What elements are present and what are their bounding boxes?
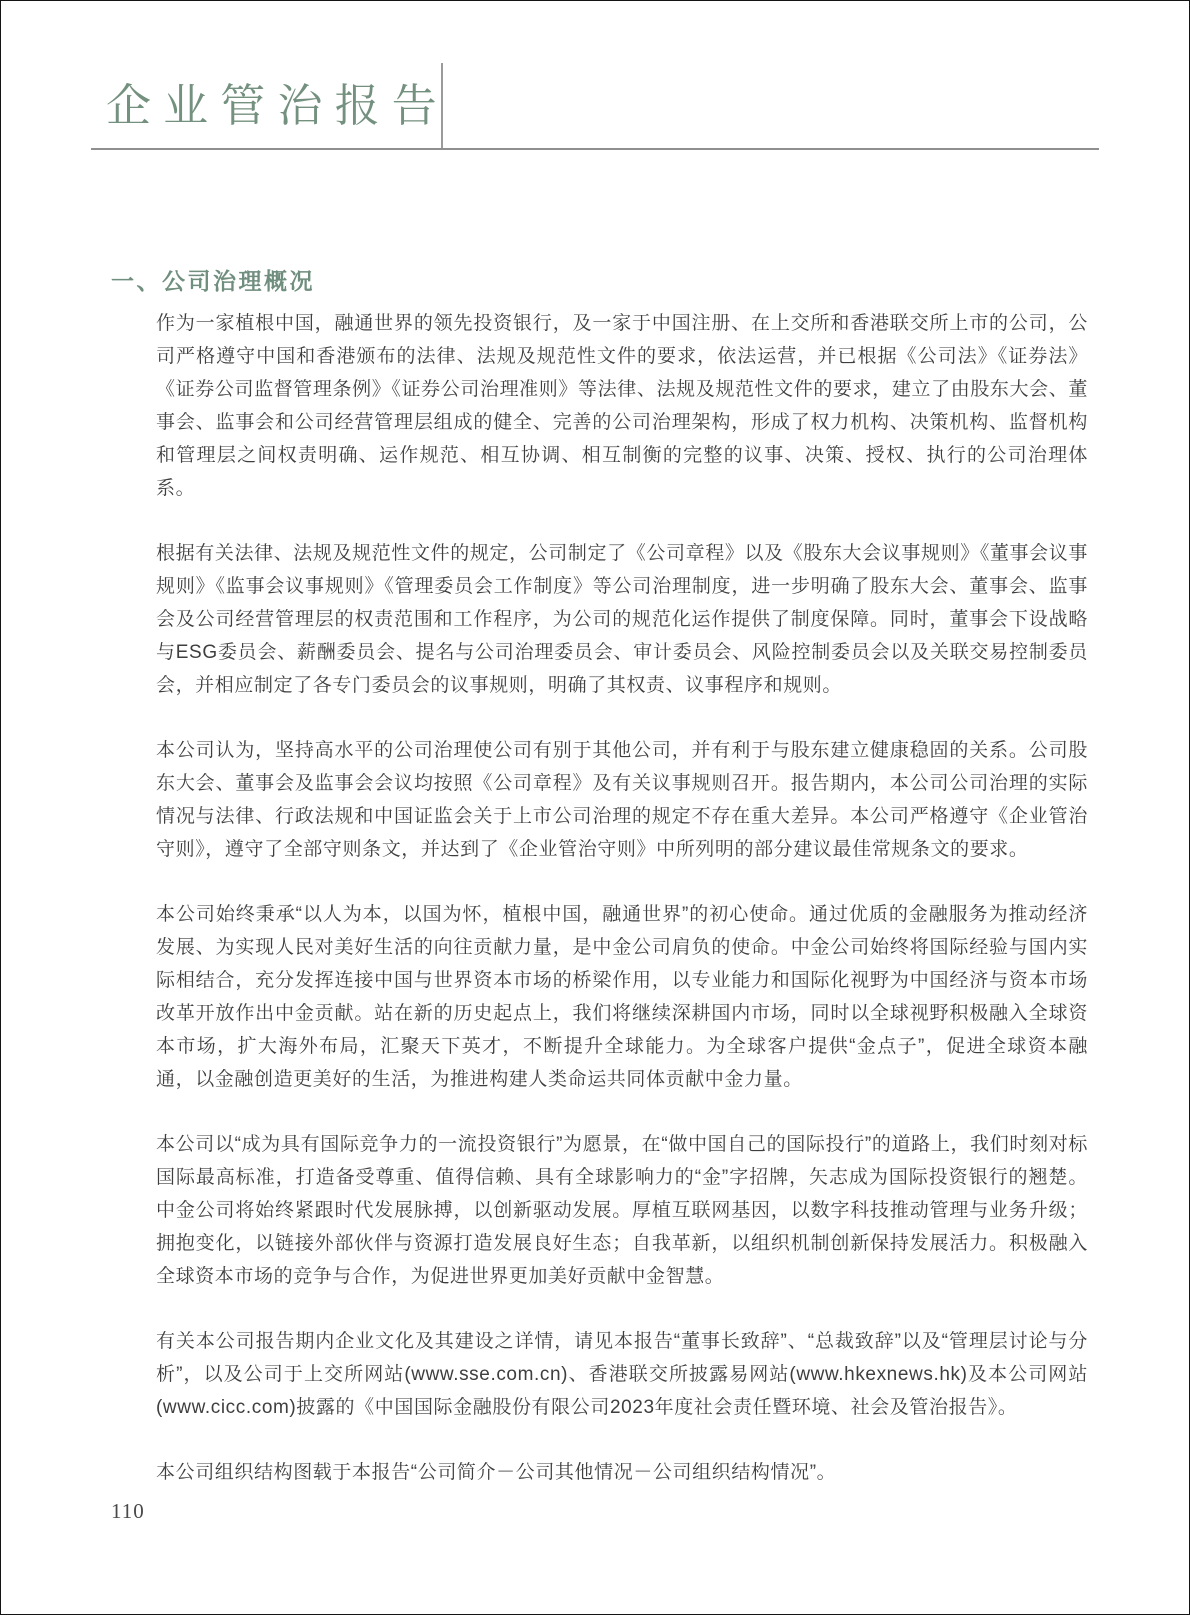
- page-title: 企业管治报告: [106, 69, 449, 134]
- paragraph-org-structure-note: 本公司组织结构图载于本报告“公司简介－公司其他情况－公司组织结构情况”。: [156, 1456, 1088, 1489]
- section-heading: 一、公司治理概况: [111, 263, 315, 296]
- document-page: 企业管治报告 一、公司治理概况 作为一家植根中国，融通世界的领先投资银行，及一家…: [0, 0, 1190, 1615]
- paragraph-governance-compliance: 本公司认为，坚持高水平的公司治理使公司有别于其他公司，并有利于与股东建立健康稳固…: [156, 734, 1088, 866]
- header-divider-horizontal: [91, 148, 1099, 150]
- paragraph-governance-overview: 作为一家植根中国，融通世界的领先投资银行，及一家于中国注册、在上交所和香港联交所…: [156, 307, 1088, 505]
- paragraph-vision: 本公司以“成为具有国际竞争力的一流投资银行”为愿景，在“做中国自己的国际投行”的…: [156, 1128, 1088, 1293]
- title-divider-vertical: [441, 63, 443, 148]
- paragraph-governance-rules: 根据有关法律、法规及规范性文件的规定，公司制定了《公司章程》以及《股东大会议事规…: [156, 537, 1088, 702]
- paragraph-culture-references: 有关本公司报告期内企业文化及其建设之详情，请见本报告“董事长致辞”、“总裁致辞”…: [156, 1325, 1088, 1424]
- page-number: 110: [111, 1499, 145, 1524]
- paragraph-mission: 本公司始终秉承“以人为本，以国为怀，植根中国，融通世界”的初心使命。通过优质的金…: [156, 898, 1088, 1096]
- body-text-block: 作为一家植根中国，融通世界的领先投资银行，及一家于中国注册、在上交所和香港联交所…: [156, 307, 1088, 1521]
